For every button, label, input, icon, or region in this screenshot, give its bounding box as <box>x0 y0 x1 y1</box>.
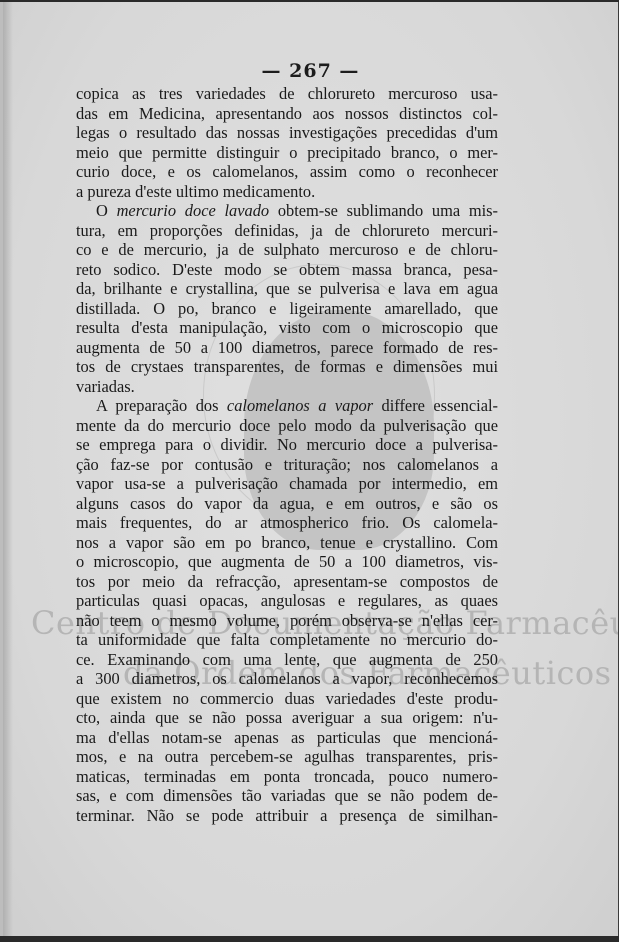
text-line: tos por meio da refracção, apresentam-se… <box>76 572 498 592</box>
text-line: mais frequentes, do ar atmospherico frio… <box>76 513 498 533</box>
text-line: cto, ainda que se não possa averiguar a … <box>76 708 498 728</box>
text-line: não teem o mesmo volume, porém observa-s… <box>76 611 498 631</box>
text-line: o microscopio, que augmenta de 50 a 100 … <box>76 552 498 572</box>
text-line: co e de mercurio, ja de sulphato mercuro… <box>76 240 498 260</box>
text-line: copica as tres variedades de chlorureto … <box>76 84 498 104</box>
text-line: tos de crystaes transparentes, de formas… <box>76 357 498 377</box>
text-line: resulta d'esta manipulação, visto com o … <box>76 318 498 338</box>
text-line: reto sodico. D'este modo se obtem massa … <box>76 260 498 280</box>
lead-rest: obtem-se sublimando uma mis- <box>269 201 498 220</box>
text-line: alguns casos do vapor da agua, e em outr… <box>76 494 498 514</box>
text-line: mos, e na outra percebem-se agulhas tran… <box>76 747 498 767</box>
text-line: variadas. <box>76 377 498 397</box>
text-line: curio doce, e os calomelanos, assim como… <box>76 162 498 182</box>
lead-rest: differe essencial- <box>373 396 498 415</box>
text-line: legas o resultado das nossas investigaçõ… <box>76 123 498 143</box>
page-number: — 267 — <box>3 60 618 82</box>
book-page: Centro de Documentação Farmacêutica da O… <box>0 2 619 936</box>
text-line: augmenta de 50 a 100 diametros, parece f… <box>76 338 498 358</box>
text-line: ma d'ellas notam-se apenas as particulas… <box>76 728 498 748</box>
text-line: das em Medicina, apresentando aos nossos… <box>76 104 498 124</box>
text-line: ção faz-se por contusão e trituração; no… <box>76 455 498 475</box>
text-line: mente da do mercurio doce pelo modo da p… <box>76 416 498 436</box>
text-line: ta uniformidade que falta completamente … <box>76 630 498 650</box>
paragraph-lead-line: O mercurio doce lavado obtem-se subliman… <box>76 201 498 221</box>
text-line: que existem no commercio duas variedades… <box>76 689 498 709</box>
text-line: terminar. Não se pode attribuir a presen… <box>76 806 498 826</box>
text-line: a 300 diametros, os calomelanos a vapor,… <box>76 669 498 689</box>
text-line: particulas quasi opacas, angulosas e reg… <box>76 591 498 611</box>
paragraph-1: copica as tres variedades de chlorureto … <box>76 84 498 201</box>
text-line: ce. Examinando com uma lente, que augmen… <box>76 650 498 670</box>
emphasis-term: calomelanos a vapor <box>227 396 373 415</box>
emphasis-term: mercurio doce lavado <box>117 201 270 220</box>
paragraph-3: A preparação dos calomelanos a vapor dif… <box>76 396 498 825</box>
paragraph-2: O mercurio doce lavado obtem-se subliman… <box>76 201 498 396</box>
text-line: vapor usa-se a pulverisação chamada por … <box>76 474 498 494</box>
text-line: tura, em proporções definidas, ja de chl… <box>76 221 498 241</box>
lead-text: O <box>96 201 117 220</box>
text-line: maticas, terminadas em ponta troncada, p… <box>76 767 498 787</box>
text-line: distillada. O po, branco e ligeiramente … <box>76 299 498 319</box>
text-line: se emprega para o dividir. No mercurio d… <box>76 435 498 455</box>
text-line: da, brilhante e crystallina, que se pulv… <box>76 279 498 299</box>
body-text: copica as tres variedades de chlorureto … <box>76 84 498 825</box>
text-line: nos a vapor são em po branco, tenue e cr… <box>76 533 498 553</box>
text-line: a pureza d'este ultimo medicamento. <box>76 182 498 202</box>
paragraph-lead-line: A preparação dos calomelanos a vapor dif… <box>76 396 498 416</box>
spine-shadow <box>3 2 13 936</box>
text-line: sas, e com dimensões tão variadas que se… <box>76 786 498 806</box>
lead-text: A preparação dos <box>96 396 227 415</box>
text-line: meio que permitte distinguir o precipita… <box>76 143 498 163</box>
